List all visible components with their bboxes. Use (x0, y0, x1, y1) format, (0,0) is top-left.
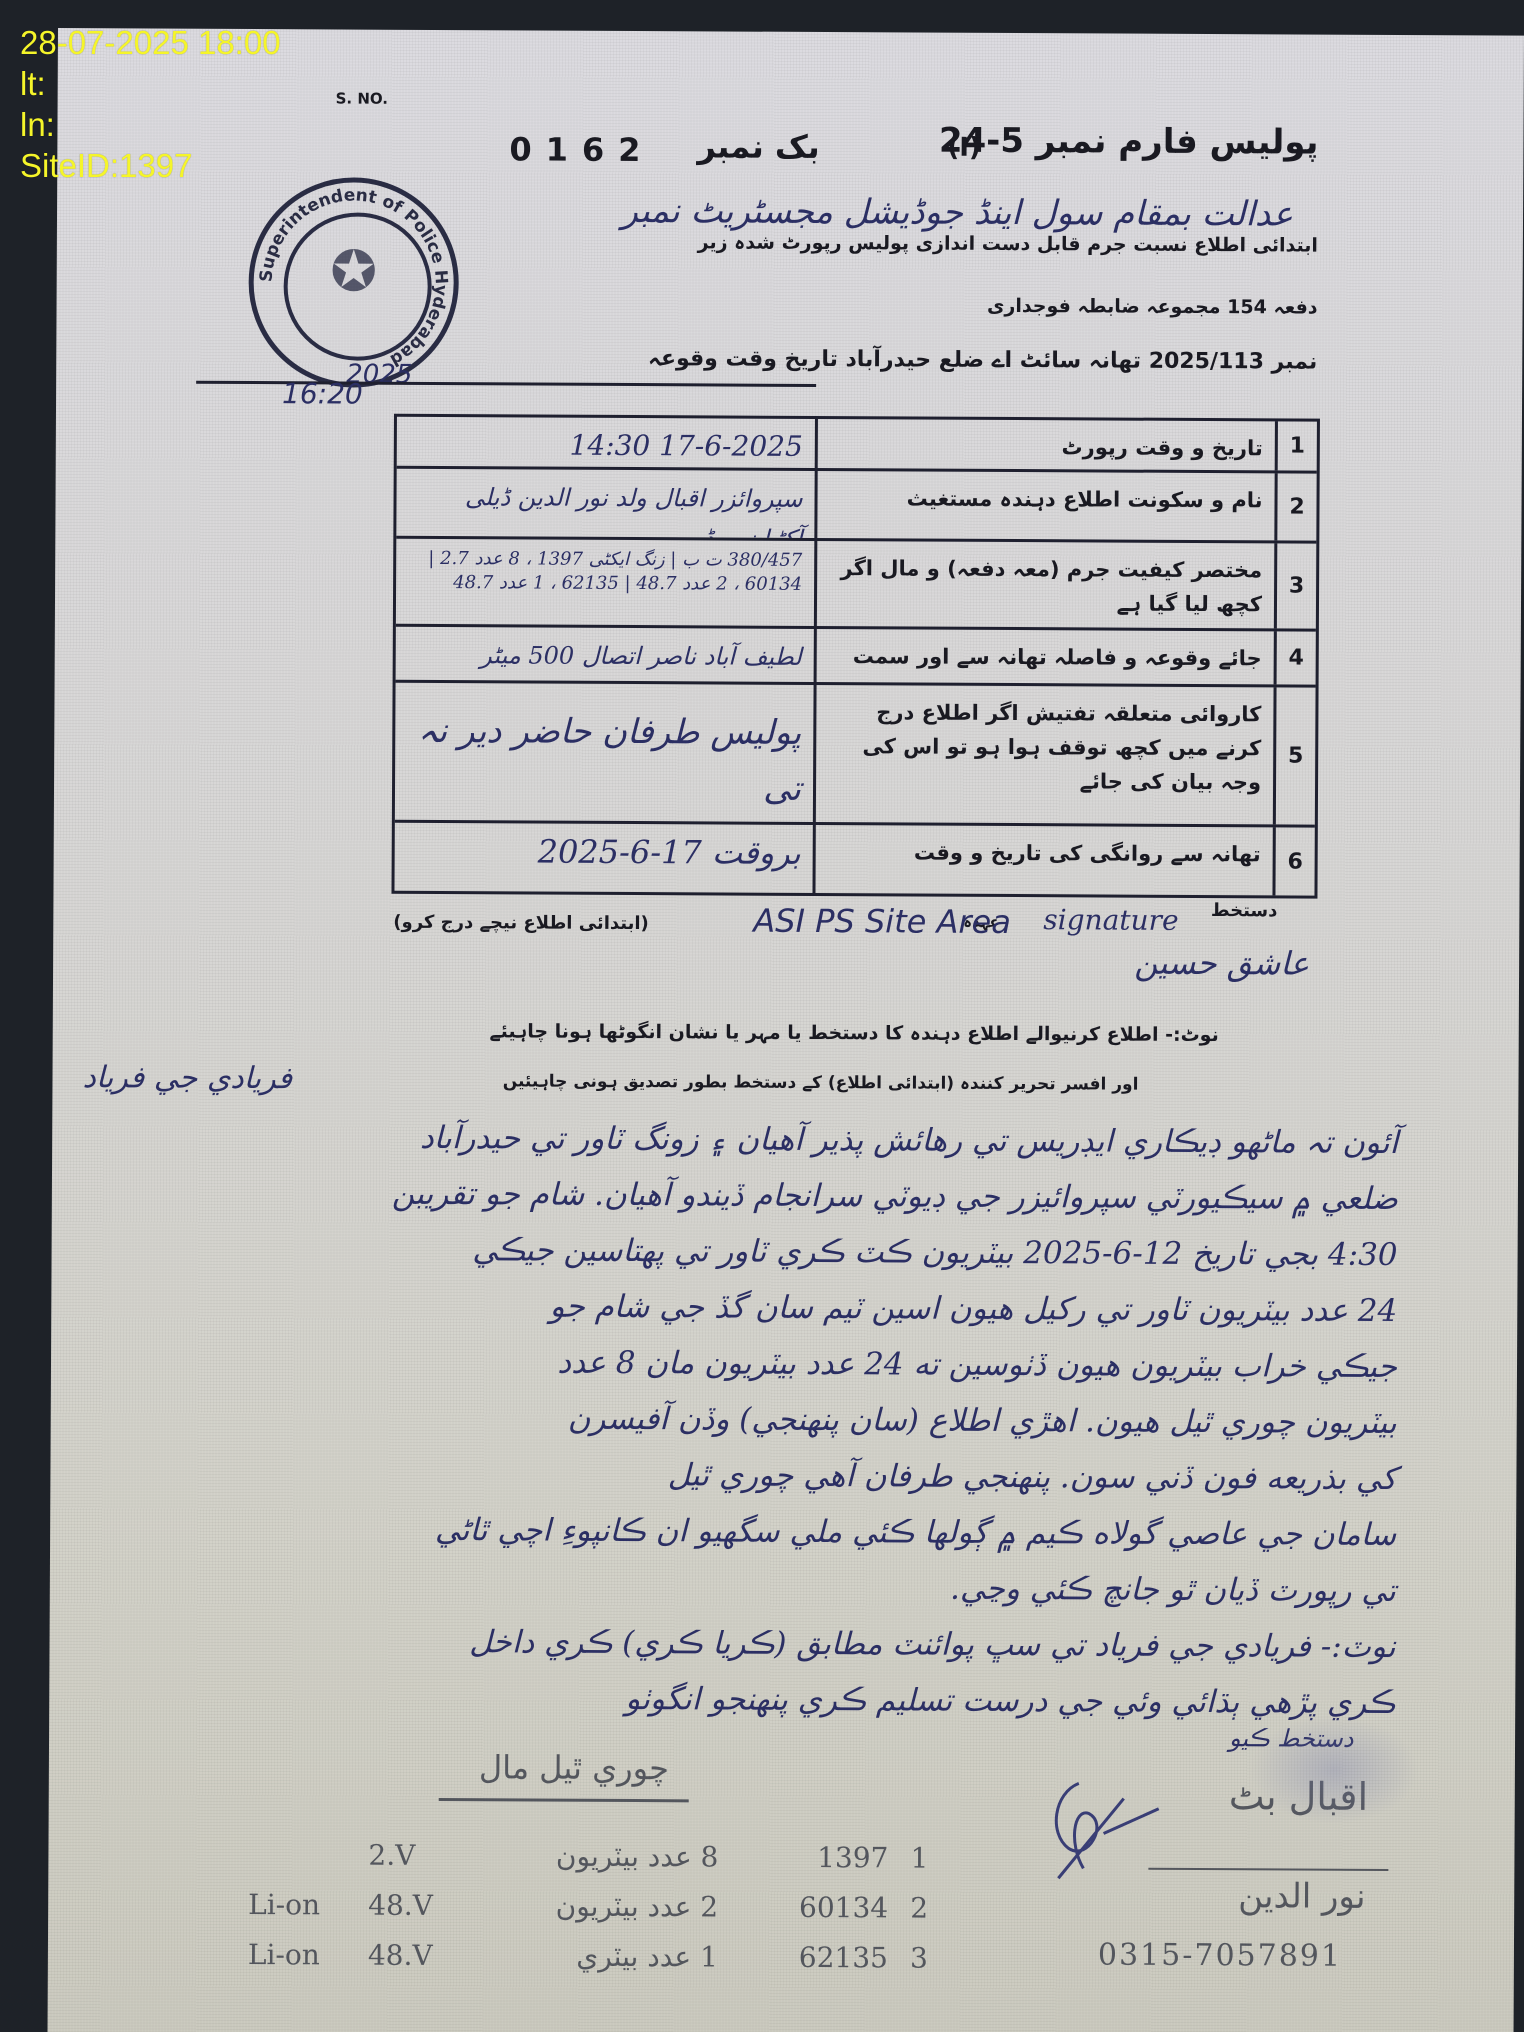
site-id: 62135 (718, 1940, 888, 1974)
row-number: 1 (1275, 421, 1317, 470)
camera-timestamp-overlay: 28-07-2025 18:00 lt: ln: SiteID:1397 (20, 22, 281, 186)
site-id: 1397 (718, 1840, 888, 1874)
form-title: پولیس فارم نمبر 5-24 (939, 121, 1319, 163)
battery-type (248, 1854, 368, 1855)
occurrence-time: 16:20 (282, 377, 363, 410)
book-number-label: بک نمبر (697, 127, 820, 166)
statement-line: ڪري پڙهي ٻڌائي وئي جي درست تسليم ڪري پنه… (95, 1668, 1395, 1731)
statement-line: 24 عدد بيٽريون ٽاور تي رکيل هيون اسين ٽي… (97, 1276, 1397, 1339)
complainant-father-name: نور الدین (1238, 1876, 1365, 1917)
battery-voltage: 48.V (368, 1938, 478, 1972)
officer-name: عاشق حسین (1134, 944, 1309, 983)
battery-quantity: 2 عدد بيٽريون (478, 1889, 718, 1923)
note-line-2: اور افسر تحریر کنندہ (ابتدائی اطلاع) کے … (503, 1070, 1139, 1094)
battery-voltage: 2.V (368, 1838, 478, 1872)
book-number: (I) (947, 133, 981, 163)
statement-line: جيڪي خراب بيٽريون هيون ڏٺوسين ته 24 عدد … (97, 1332, 1397, 1395)
case-number-line: نمبر 2025/113 تھانہ سائٹ اے ضلع حیدرآباد… (648, 346, 1317, 375)
row-label: کاروائی متعلقہ تفتیش اگر اطلاع درج کرنے … (813, 685, 1274, 824)
row-value: 380/457 ت ب | زنگ ایکٹی 1397 ، 8 عدد 2.7… (396, 539, 814, 626)
complainant-statement: آئون تہ ماڻهو ڊيڪاري ايڊريس تي رهائش پذي… (95, 1108, 1398, 1731)
overlay-site-id: SiteID:1397 (20, 145, 281, 186)
overlay-longitude: ln: (20, 104, 281, 145)
battery-type: Li-on (248, 1938, 368, 1972)
serial-number: 0162 (509, 130, 654, 169)
table-row: 1 تاریخ و وقت رپورٹ 17-6-2025 14:30 (397, 417, 1317, 474)
police-stamp: Superintendent of Police Hyderabad ✪ (248, 177, 459, 388)
table-row: 4 جائے وقوعہ و فاصلہ تھانہ سے اور سمت لط… (396, 627, 1316, 688)
statement-line: کي بذريعه فون ڏني سون. پنهنجي طرفان آهي … (96, 1444, 1396, 1507)
fir-document-page: S. NO. Superintendent of Police Hyderaba… (48, 28, 1524, 2032)
item-index: 3 (888, 1941, 928, 1974)
statement-line: 4:30 بجي تاريخ 12-6-2025 بيٽريون ڪٽ ڪري … (97, 1220, 1397, 1283)
designation-value: ASI PS Site Area (753, 902, 1011, 941)
court-line: عدالت بمقام سول اینڈ جوڈیشل مجسٹریٹ نمبر (622, 191, 1294, 235)
row-value: بروقت 17-6-2025 (394, 823, 812, 893)
signature-label: دستخط (1211, 900, 1278, 921)
fir-instruction: (ابتدائی اطلاع نیچے درج کرو) (393, 912, 649, 934)
form-subtitle: ابتدائی اطلاع نسبت جرم قابل دست اندازی پ… (698, 231, 1318, 256)
battery-quantity: 1 عدد بيٽري (478, 1939, 718, 1973)
complainant-phone: 0315-7057891 (1098, 1937, 1342, 1973)
statement-line: بيٽريون چوري ٿيل هيون. اهڙي اطلاع (سان پ… (97, 1388, 1397, 1451)
overlay-latitude: lt: (20, 63, 281, 104)
table-row: 3 مختصر کیفیت جرم (معہ دفعہ) و مال اگر ک… (396, 539, 1316, 632)
row-label: جائے وقوعہ و فاصلہ تھانہ سے اور سمت (814, 629, 1274, 684)
row-label: نام و سکونت اطلاع دہندہ مستغیث (814, 471, 1274, 540)
list-item: 2.V 8 عدد بيٽريون 1397 1 (248, 1829, 988, 1883)
police-emblem-icon: ✪ (308, 227, 398, 317)
statement-line: سامان جي عاصي گولاه ڪيم ۾ ڳولها ڪئي ملي … (96, 1500, 1396, 1563)
battery-type: Li-on (248, 1888, 368, 1922)
row-value: لطیف آباد ناصر اتصال 500 میٹر (396, 627, 814, 682)
row-number: 4 (1274, 631, 1316, 684)
battery-quantity: 8 عدد بيٽريون (478, 1839, 718, 1873)
table-row: 6 تھانہ سے روانگی کی تاریخ و وقت بروقت 1… (394, 823, 1314, 896)
row-number: 5 (1273, 687, 1316, 824)
note-line-1: نوٹ:- اطلاع کرنیوالے اطلاع دہندہ کا دستخ… (489, 1020, 1218, 1046)
thumbprint-mark (1249, 1714, 1420, 1825)
serial-no-label: S. NO. (336, 89, 388, 107)
row-value: پولیس طرفان حاضر دیر نہ تی (395, 683, 814, 822)
table-row: 2 نام و سکونت اطلاع دہندہ مستغیث سپروائز… (396, 469, 1316, 544)
site-id: 60134 (718, 1890, 888, 1924)
stolen-property-title: چوري ٿيل مال (479, 1748, 669, 1787)
row-value: 17-6-2025 14:30 (397, 417, 815, 468)
row-number: 3 (1274, 543, 1316, 628)
row-value: سپروائزر اقبال ولد نور الدین ڈیلی آکٹیان… (396, 469, 814, 538)
item-index: 2 (888, 1891, 928, 1924)
complainant-name-underline (1148, 1868, 1388, 1871)
item-index: 1 (888, 1841, 928, 1874)
fir-details-table: 1 تاریخ و وقت رپورٹ 17-6-2025 14:30 2 نا… (391, 414, 1320, 899)
overlay-datetime: 28-07-2025 18:00 (20, 22, 281, 63)
row-label: تھانہ سے روانگی کی تاریخ و وقت (812, 825, 1272, 895)
statement-line: نوٽ:- فريادي جي فرياد تي سڀ پوائنٽ مطابق… (95, 1612, 1395, 1675)
row-label: مختصر کیفیت جرم (معہ دفعہ) و مال اگر کچھ… (814, 541, 1274, 628)
battery-voltage: 48.V (368, 1888, 478, 1922)
row-number: 2 (1274, 473, 1316, 540)
table-row: 5 کاروائی متعلقہ تفتیش اگر اطلاع درج کرن… (395, 683, 1316, 828)
statement-line: آئون تہ ماڻهو ڊيڪاري ايڊريس تي رهائش پذي… (98, 1108, 1398, 1171)
row-label: تاریخ و وقت رپورٹ (815, 419, 1275, 470)
statement-heading: فریادي جي فرياد (82, 1060, 292, 1096)
officer-signature: signature (1043, 903, 1178, 937)
section-line: دفعہ 154 مجموعہ ضابطہ فوجداری (987, 295, 1318, 319)
stolen-property-list: 2.V 8 عدد بيٽريون 1397 1 Li-on 48.V 2 عد… (248, 1829, 989, 1983)
statement-line: ضلعي ۾ سيڪيورٽي سپروائيزر جي ڊيوٽي سرانج… (98, 1164, 1398, 1227)
stolen-property-underline (439, 1798, 689, 1802)
list-item: Li-on 48.V 1 عدد بيٽري 62135 3 (248, 1929, 988, 1983)
row-number: 6 (1272, 827, 1314, 895)
statement-line: تي رپورٽ ڏيان ٿو جانچ ڪئي وڃي. (96, 1556, 1396, 1619)
list-item: Li-on 48.V 2 عدد بيٽريون 60134 2 (248, 1879, 988, 1933)
